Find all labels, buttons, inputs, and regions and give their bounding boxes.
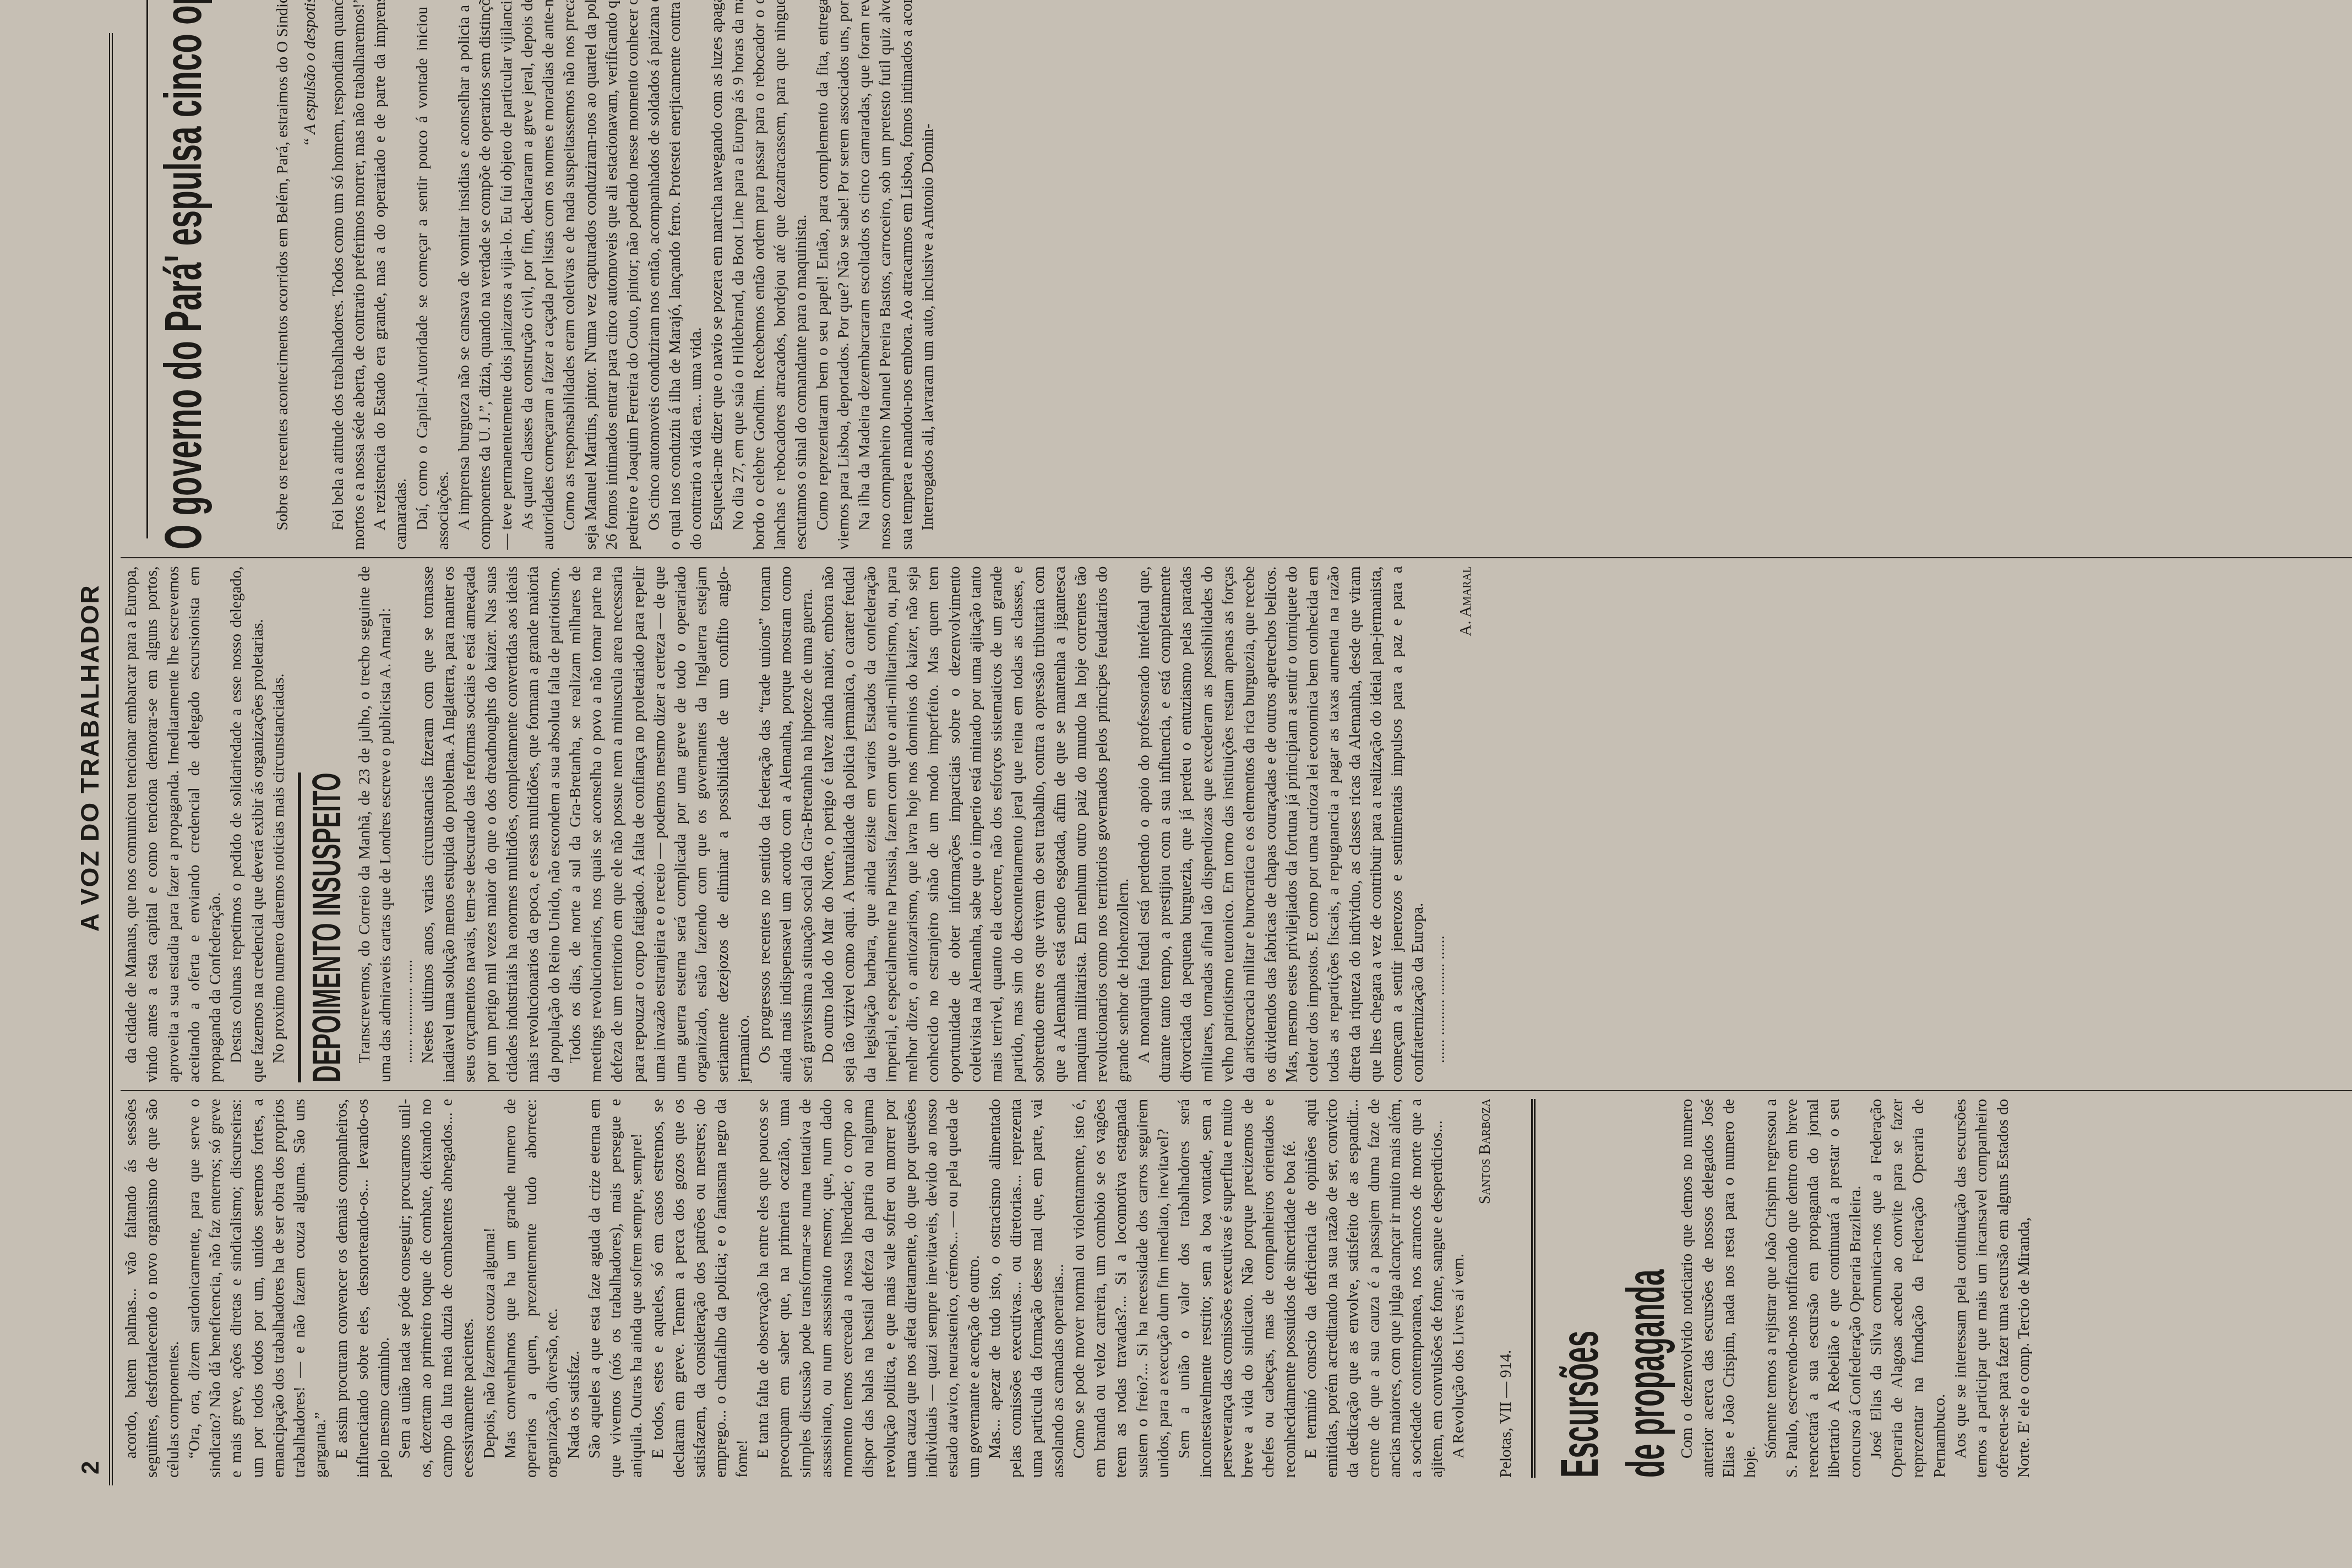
escursoes-title: Escursões	[1550, 1270, 1610, 1478]
column-2: da cidade de Manaus, que nos comunicou t…	[121, 558, 2352, 1091]
paragraph: Sem a união nada se póde conseguir; proc…	[394, 1099, 478, 1478]
paragraph: Com o dezenvolvido noticiario que demos …	[1676, 1099, 1761, 1478]
pull-quote: “ A espulsão o despotismo das autoridade…	[300, 0, 320, 549]
paragraph: José Elias da Silva comunica-nos que a F…	[1866, 1099, 1950, 1478]
paragraph: ...... ............ ......	[396, 566, 417, 1082]
paragraph: Mas... apezar de tudo isto, o ostracismo…	[984, 1099, 1069, 1478]
paragraph: Mas convenhamos que ha um grande numero …	[500, 1099, 563, 1478]
paragraph: Sobre os recentes acontecimentos ocorrid…	[272, 0, 293, 549]
paragraph: A rezistencia do Estado era grande, mas …	[369, 0, 412, 549]
paragraph: São aqueles a que esta faze aguda da cri…	[584, 1099, 647, 1478]
main-headline: O governo do Pará' espulsa cinco operari…	[154, 0, 213, 549]
paragraph: Esquecia-me dizer que o navio se pozera …	[706, 0, 727, 549]
divider	[1531, 1099, 1536, 1478]
paragraph: Sem a união o valor dos trabalhadores se…	[1174, 1099, 1300, 1478]
paragraph: E assim procuram convencer os demais com…	[331, 1099, 395, 1478]
paragraph: Todos os dias, de norte a sul da Gra-Bre…	[565, 566, 754, 1082]
author-signature: Santos Barboza	[1474, 1099, 1495, 1478]
paragraph: Destas colunas repetimos o pedido de sol…	[226, 566, 268, 1082]
main-subhead: O QUE DIZ O SINDICALISTA»	[219, 0, 252, 549]
paragraph: acordo, batem palmas... vão faltando ás …	[121, 1099, 184, 1478]
paragraph: “Ora, ora, dizem sardonicamente, para qu…	[184, 1099, 331, 1478]
newspaper-title: A VOZ DO TRABALHADOR	[75, 584, 105, 932]
paragraph: Do outro lado do Mar do Norte, o perigo …	[818, 566, 1134, 1082]
paragraph: Transcrevemos, do Correio da Manhã, de 2…	[354, 566, 396, 1082]
paragraph: A monarquia feudal está perdendo o apoio…	[1134, 566, 1429, 1082]
escursoes-title-2: de propaganda	[1616, 1270, 1676, 1478]
column-3: NA TERRA DA LIBERDADE... O governo do Pa…	[121, 0, 2352, 558]
paragraph: Como as responsabilidades eram coletivas…	[559, 0, 643, 549]
page-sheet: 2 A VOZ DO TRABALHADOR acordo, batem pal…	[66, 33, 2319, 1485]
paragraph: Na ilha da Madeira dezembarcaram escolta…	[854, 0, 917, 549]
depoimento-title: DEPOIMENTO INSUSPEITO	[298, 772, 350, 1082]
article-signature: A. Amaral	[1455, 566, 1476, 1082]
page-number: 2	[77, 1461, 105, 1474]
paragraph: Como se pode mover normal ou violentamen…	[1069, 1099, 1174, 1478]
paragraph: As quatro classes da construção civil, p…	[517, 0, 559, 549]
paragraph: A imprensa burgueza não se cansava de vo…	[454, 0, 517, 549]
paragraph: Aos que se interessam pela continuação d…	[1950, 1099, 2034, 1478]
paragraph: Os progressos recentes no sentido da fed…	[754, 566, 818, 1082]
paragraph: ...... ......... ........ ......	[1429, 566, 1450, 1082]
paragraph: Depois, não fazemos couza alguma!	[479, 1099, 500, 1478]
paragraph: No proximo numero daremos noticias mais …	[268, 566, 289, 1082]
newspaper-page: 2 A VOZ DO TRABALHADOR acordo, batem pal…	[0, 0, 2352, 1568]
paragraph: Como reprezentaram bem o seu papel! Entã…	[812, 0, 854, 549]
banner-kicker: NA TERRA DA LIBERDADE...	[124, 0, 141, 549]
paragraph: Nestes ultimos anos, varias circunstanci…	[417, 566, 565, 1082]
columns: acordo, batem palmas... vão faltando ás …	[121, 33, 2352, 1485]
dateline: Pelotas, VII — 914.	[1495, 1099, 1516, 1478]
paragraph: E terminó conscio da deficiencia de opin…	[1300, 1099, 1448, 1478]
paragraph: Interrogados ali, lavraram um auto, incl…	[917, 0, 938, 549]
paragraph: Os cinco automoveis conduziram nos então…	[644, 0, 707, 549]
paragraph: Nada os satisfaz.	[563, 1099, 584, 1478]
paragraph: da cidade de Manaus, que nos comunicou t…	[121, 566, 226, 1082]
paragraph: Sómente temos a rejistrar que João Crisp…	[1761, 1099, 1866, 1478]
paragraph: No dia 27, em que saía o Hildebrand, da …	[728, 0, 812, 549]
paragraph: Foi bela a atitude dos trabalhadores. To…	[328, 0, 370, 549]
paragraph: E tanta falta de observação ha entre ele…	[753, 1099, 984, 1478]
paragraph: Daí, como o Capital-Autoridade se começa…	[412, 0, 454, 549]
paragraph: E todos, estes e aqueles, só em casos es…	[647, 1099, 753, 1478]
masthead: 2 A VOZ DO TRABALHADOR	[66, 33, 113, 1485]
column-1: acordo, batem palmas... vão faltando ás …	[121, 1091, 2352, 1485]
paragraph: A Revolução dos Livres aí vem.	[1448, 1099, 1469, 1478]
